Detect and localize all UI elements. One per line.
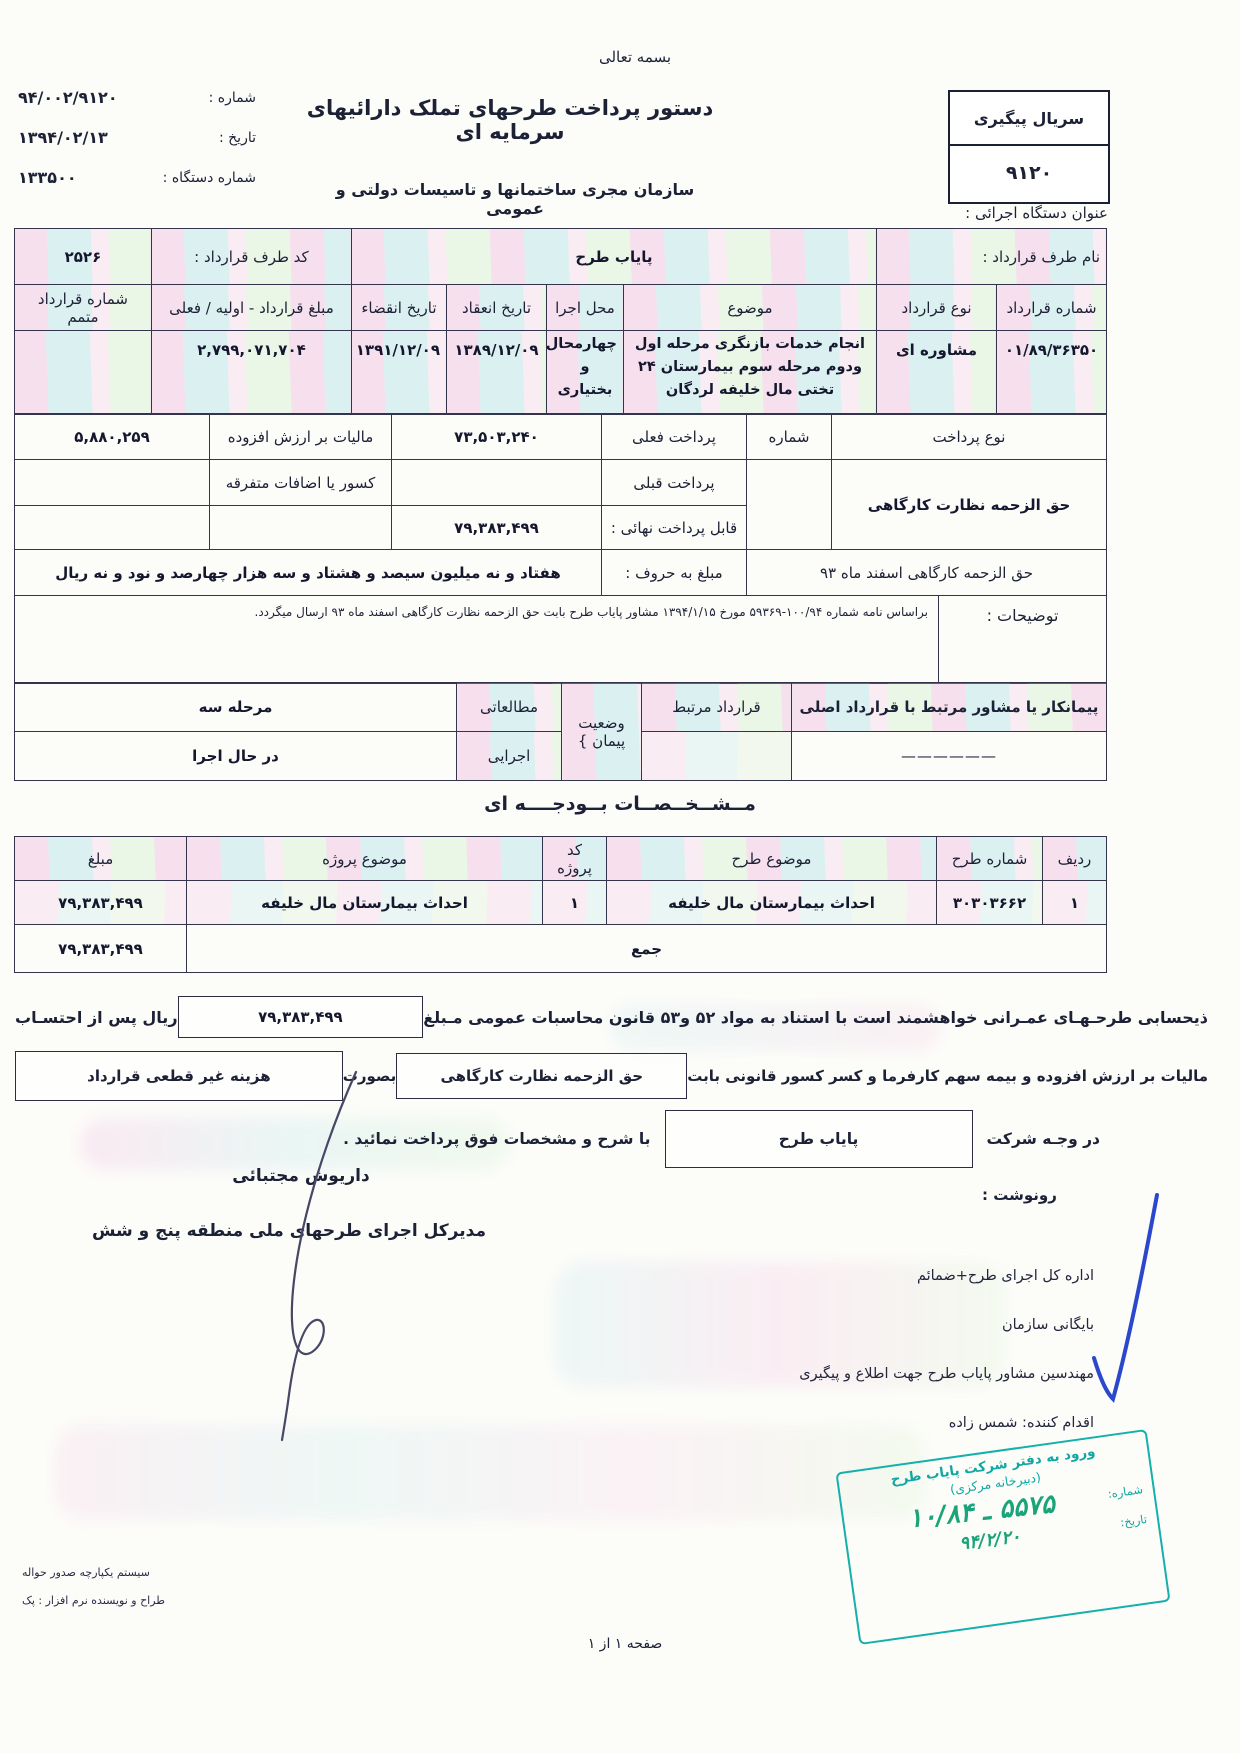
budget-plan-subject: احداث بیمارستان مال خلیفه (607, 881, 937, 925)
contract-amount-value: ۲,۷۹۹,۰۷۱,۷۰۴ (151, 331, 351, 415)
contract-expiry-header: تاریخ انقضاء (351, 285, 446, 331)
related-contractor-header: پیمانکار یا مشاور مرتبط با قرارداد اصلی (792, 683, 1107, 732)
payment-table: نوع پرداخت شماره پرداخت فعلی ۷۳,۵۰۳,۲۴۰ … (14, 413, 1107, 596)
budget-row-no: ۱ (1043, 881, 1107, 925)
current-payment-value: ۷۳,۵۰۳,۲۴۰ (392, 414, 602, 460)
status-value: در حال اجرا (15, 732, 457, 781)
office-entry-stamp: ورود به دفتر شرکت پایاب طرح (دبیرخانه مر… (835, 1429, 1170, 1645)
contract-header-row: شماره قرارداد نوع قرارداد موضوع محل اجرا… (14, 285, 1106, 331)
payment-subject-box: حق الزحمه نظارت کارگاهی (396, 1053, 687, 1099)
instruction-line2-text: مالیات بر ارزش افزوده و بیمه سهم کارفرما… (687, 1067, 1208, 1085)
scan-artifact (55, 1425, 925, 1520)
instruction-line3-text: در وجـه شرکت (987, 1130, 1100, 1148)
status-label-line1: وضعیت (568, 714, 635, 732)
related-header-row: پیمانکار یا مشاور مرتبط با قرارداد اصلی … (15, 683, 1107, 732)
budget-block: ردیف شماره طرح موضوع طرح کد پروژه موضوع … (15, 836, 1107, 973)
related-contract-value (642, 732, 792, 781)
budget-table: ردیف شماره طرح موضوع طرح کد پروژه موضوع … (14, 836, 1107, 973)
vat-value: ۵,۸۸۰,۲۵۹ (15, 414, 210, 460)
instruction-line2-mid: بصورت (343, 1067, 397, 1085)
contract-subject-value: انجام خدمات بازنگری مرحله اول ودوم مرحله… (623, 331, 876, 415)
party-code-label: کد طرف قرارداد : (151, 229, 351, 285)
contract-value-row: ۰۱/۸۹/۳۶۳۵۰ مشاوره ای انجام خدمات بازنگر… (14, 331, 1106, 415)
budget-header-row: ردیف شماره طرح موضوع طرح کد پروژه موضوع … (15, 837, 1107, 881)
notes-value: براساس نامه شماره ۱۰۰/۹۴-۵۹۳۶۹ مورخ ۱۳۹۴… (15, 595, 939, 683)
copy-item-4: اقدام کننده: شمس زاده (949, 1415, 1094, 1431)
contract-table: نام طرف قرارداد : پایاب طرح کد طرف قرارد… (14, 228, 1107, 415)
letter-meta: شماره : ۹۴/۰۰۲/۹۱۲۰ تاریخ : ۱۳۹۴/۰۲/۱۳ ش… (18, 88, 256, 208)
signatory-name: داریوش مجتبائی (195, 1166, 407, 1186)
amount-in-words-value: هفتاد و نه میلیون سیصد و هشتاد و سه هزار… (15, 550, 602, 596)
study-type-label: مطالعاتی (457, 683, 562, 732)
agency-title-label: عنوان دستگاه اجرائی : (872, 204, 1108, 222)
status-label-line2: پیمان { (568, 732, 635, 750)
page-number: صفحه ۱ از ۱ (552, 1636, 698, 1652)
expense-type-box: هزینه غیر قطعی قرارداد (15, 1051, 343, 1101)
current-payment-label: پرداخت فعلی (602, 414, 747, 460)
budget-row-header: ردیف (1043, 837, 1107, 881)
contract-location-header: محل اجرا (546, 285, 623, 331)
payment-header-row: نوع پرداخت شماره پرداخت فعلی ۷۳,۵۰۳,۲۴۰ … (15, 414, 1107, 460)
amount-in-words-label: مبلغ به حروف : (602, 550, 747, 596)
tracking-serial-box: سریال پیگیری ۹۱۲۰ (948, 90, 1110, 204)
deductions-value (15, 460, 210, 506)
budget-project-subject-header: موضوع پروژه (187, 837, 543, 881)
budget-total-row: جمع ۷۹,۳۸۳,۴۹۹ (15, 925, 1107, 973)
related-value-row: —————— اجرایی در حال اجرا (15, 732, 1107, 781)
contract-type-header: نوع قرارداد (876, 285, 996, 331)
bismillah-text: بسمه تعالی (555, 48, 715, 66)
document-title: دستور پرداخت طرحهای تملک دارائیهای سرمای… (268, 96, 752, 144)
instruction-amount-box: ۷۹,۳۸۳,۴۹۹ (178, 996, 424, 1038)
payment-type-row: حق الزحمه نظارت کارگاهی پرداخت قبلی کسور… (15, 460, 1107, 506)
budget-plan-subject-header: موضوع طرح (607, 837, 937, 881)
device-number-label: شماره دستگاه : (163, 170, 256, 186)
stage-value: مرحله سه (15, 683, 457, 732)
software-system-note: سیستم یکپارچه صدور حواله (22, 1566, 150, 1579)
party-name-value: پایاب طرح (351, 229, 876, 285)
letter-number-label: شماره : (209, 90, 256, 106)
budget-total-label: جمع (187, 925, 1107, 973)
payment-instruction: ذیحسابی طرحـهـای عمـرانی خواهشمند است با… (15, 996, 1208, 1168)
instruction-line-2: مالیات بر ارزش افزوده و بیمه سهم کارفرما… (15, 1051, 1208, 1101)
contract-expiry-value: ۱۳۹۱/۱۲/۰۹ (351, 331, 446, 415)
tracking-serial-label: سریال پیگیری (950, 92, 1108, 146)
checkmark-annotation (1094, 1195, 1157, 1399)
copy-item-3: مهندسین مشاور پایاب طرح جهت اطلاع و پیگی… (799, 1366, 1094, 1382)
party-name-label: نام طرف قرارداد : (876, 229, 1106, 285)
budget-total-value: ۷۹,۳۸۳,۴۹۹ (15, 925, 187, 973)
contract-amount-header: مبلغ قرارداد - اولیه / فعلی (151, 285, 351, 331)
party-code-value: ۲۵۲۶ (14, 229, 151, 285)
payment-number-value (747, 460, 832, 550)
budget-amount: ۷۹,۳۸۳,۴۹۹ (15, 881, 187, 925)
deductions-extra-cell (210, 506, 392, 550)
budget-project-subject: احداث بیمارستان مال خلیفه (187, 881, 543, 925)
notes-table: توضیحات : براساس نامه شماره ۱۰۰/۹۴-۵۹۳۶۹… (14, 595, 1107, 684)
contract-sign-date-value: ۱۳۸۹/۱۲/۰۹ (446, 331, 546, 415)
contract-type-value: مشاوره ای (876, 331, 996, 415)
signatory-role: مدیرکل اجرای طرحهای ملی منطقه پنج و شش (52, 1221, 526, 1241)
contract-location-value: چهارمحال و بختیاری (546, 331, 623, 415)
budget-plan-no-header: شماره طرح (937, 837, 1043, 881)
letter-number-value: ۹۴/۰۰۲/۹۱۲۰ (18, 88, 118, 107)
contract-number-value: ۰۱/۸۹/۳۶۳۵۰ (997, 331, 1107, 415)
contract-supplement-header: شماره قرارداد متمم (14, 285, 151, 331)
budget-amount-header: مبلغ (15, 837, 187, 881)
budget-project-code-header: کد پروژه (543, 837, 607, 881)
previous-payment-label: پرداخت قبلی (602, 460, 747, 506)
payment-type-header: نوع پرداخت (832, 414, 1107, 460)
final-payable-label: قابل پرداخت نهائی : (602, 506, 747, 550)
copies-list: اداره کل اجرای طرح+ضمائم بایگانی سازمان … (799, 1268, 1094, 1431)
brace-glyph: { (578, 732, 588, 750)
budget-value-row: ۱ ۳۰۳۰۳۶۶۲ احداث بیمارستان مال خلیفه ۱ ا… (15, 881, 1107, 925)
exec-type-label: اجرایی (457, 732, 562, 781)
payment-words-row: حق الزحمه کارگاهی اسفند ماه ۹۳ مبلغ به ح… (15, 550, 1107, 596)
contract-supplement-value (14, 331, 151, 415)
instruction-line1-tail: ریال پس از احتسـاب (15, 1008, 178, 1027)
instruction-line-1: ذیحسابی طرحـهـای عمـرانی خواهشمند است با… (15, 996, 1208, 1038)
contract-subject-header: موضوع (623, 285, 876, 331)
contract-sign-date-header: تاریخ انعقاد (446, 285, 546, 331)
letter-date-label: تاریخ : (219, 130, 256, 146)
copies-label: رونوشت : (982, 1186, 1094, 1204)
executing-org-name: سازمان مجری ساختمانها و تاسیسات دولتی و … (318, 180, 712, 218)
stamp-date-label: تاریخ: (1119, 1511, 1147, 1529)
letter-date-value: ۱۳۹۴/۰۲/۱۳ (18, 128, 108, 147)
payee-company-box: پایاب طرح (665, 1110, 973, 1168)
deductions-label: کسور یا اضافات متفرقه (210, 460, 392, 506)
payment-type-value: حق الزحمه نظارت کارگاهی (832, 460, 1107, 550)
previous-payment-value (392, 460, 602, 506)
copy-item-1: اداره کل اجرای طرح+ضمائم (917, 1268, 1094, 1284)
payment-description-value: حق الزحمه کارگاهی اسفند ماه ۹۳ (747, 550, 1107, 596)
final-payable-value: ۷۹,۳۸۳,۴۹۹ (392, 506, 602, 550)
device-number-value: ۱۳۳۵۰۰ (18, 168, 77, 187)
related-contract-table: پیمانکار یا مشاور مرتبط با قرارداد اصلی … (14, 682, 1107, 781)
notes-row: توضیحات : براساس نامه شماره ۱۰۰/۹۴-۵۹۳۶۹… (15, 595, 1107, 683)
software-author-note: طراح و نویسنده نرم افزار : پک (22, 1594, 165, 1607)
instruction-line1-text: ذیحسابی طرحـهـای عمـرانی خواهشمند است با… (423, 1008, 1208, 1027)
related-contract-header: قرارداد مرتبط (642, 683, 792, 732)
tables-block: نام طرف قرارداد : پایاب طرح کد طرف قرارد… (15, 228, 1107, 781)
deductions-extra-value (15, 506, 210, 550)
stamp-number-label: شماره: (1107, 1482, 1144, 1501)
instruction-line-3: در وجـه شرکت پایاب طرح با شرح و مشخصات ف… (15, 1110, 1208, 1168)
budget-plan-no: ۳۰۳۰۳۶۶۲ (937, 881, 1043, 925)
contract-number-header: شماره قرارداد (997, 285, 1107, 331)
letter-number-row: شماره : ۹۴/۰۰۲/۹۱۲۰ (18, 88, 256, 107)
related-contractor-value: —————— (792, 732, 1107, 781)
status-bracket-cell: وضعیت پیمان { (562, 683, 642, 781)
payment-number-header: شماره (747, 414, 832, 460)
vat-label: مالیات بر ارزش افزوده (210, 414, 392, 460)
contract-party-row: نام طرف قرارداد : پایاب طرح کد طرف قرارد… (14, 229, 1106, 285)
budget-project-code: ۱ (543, 881, 607, 925)
tracking-serial-value: ۹۱۲۰ (950, 146, 1108, 200)
notes-label: توضیحات : (939, 595, 1107, 683)
instruction-line3-tail: با شرح و مشخصات فوق پرداخت نمائید . (343, 1130, 650, 1148)
payment-order-document: بسمه تعالی شماره : ۹۴/۰۰۲/۹۱۲۰ تاریخ : ۱… (0, 0, 1240, 1753)
budget-section-title: مــشــخــصــات بــودجــــه ای (250, 793, 990, 815)
device-number-row: شماره دستگاه : ۱۳۳۵۰۰ (18, 168, 256, 187)
letter-date-row: تاریخ : ۱۳۹۴/۰۲/۱۳ (18, 128, 256, 147)
copy-item-2: بایگانی سازمان (1002, 1317, 1094, 1333)
